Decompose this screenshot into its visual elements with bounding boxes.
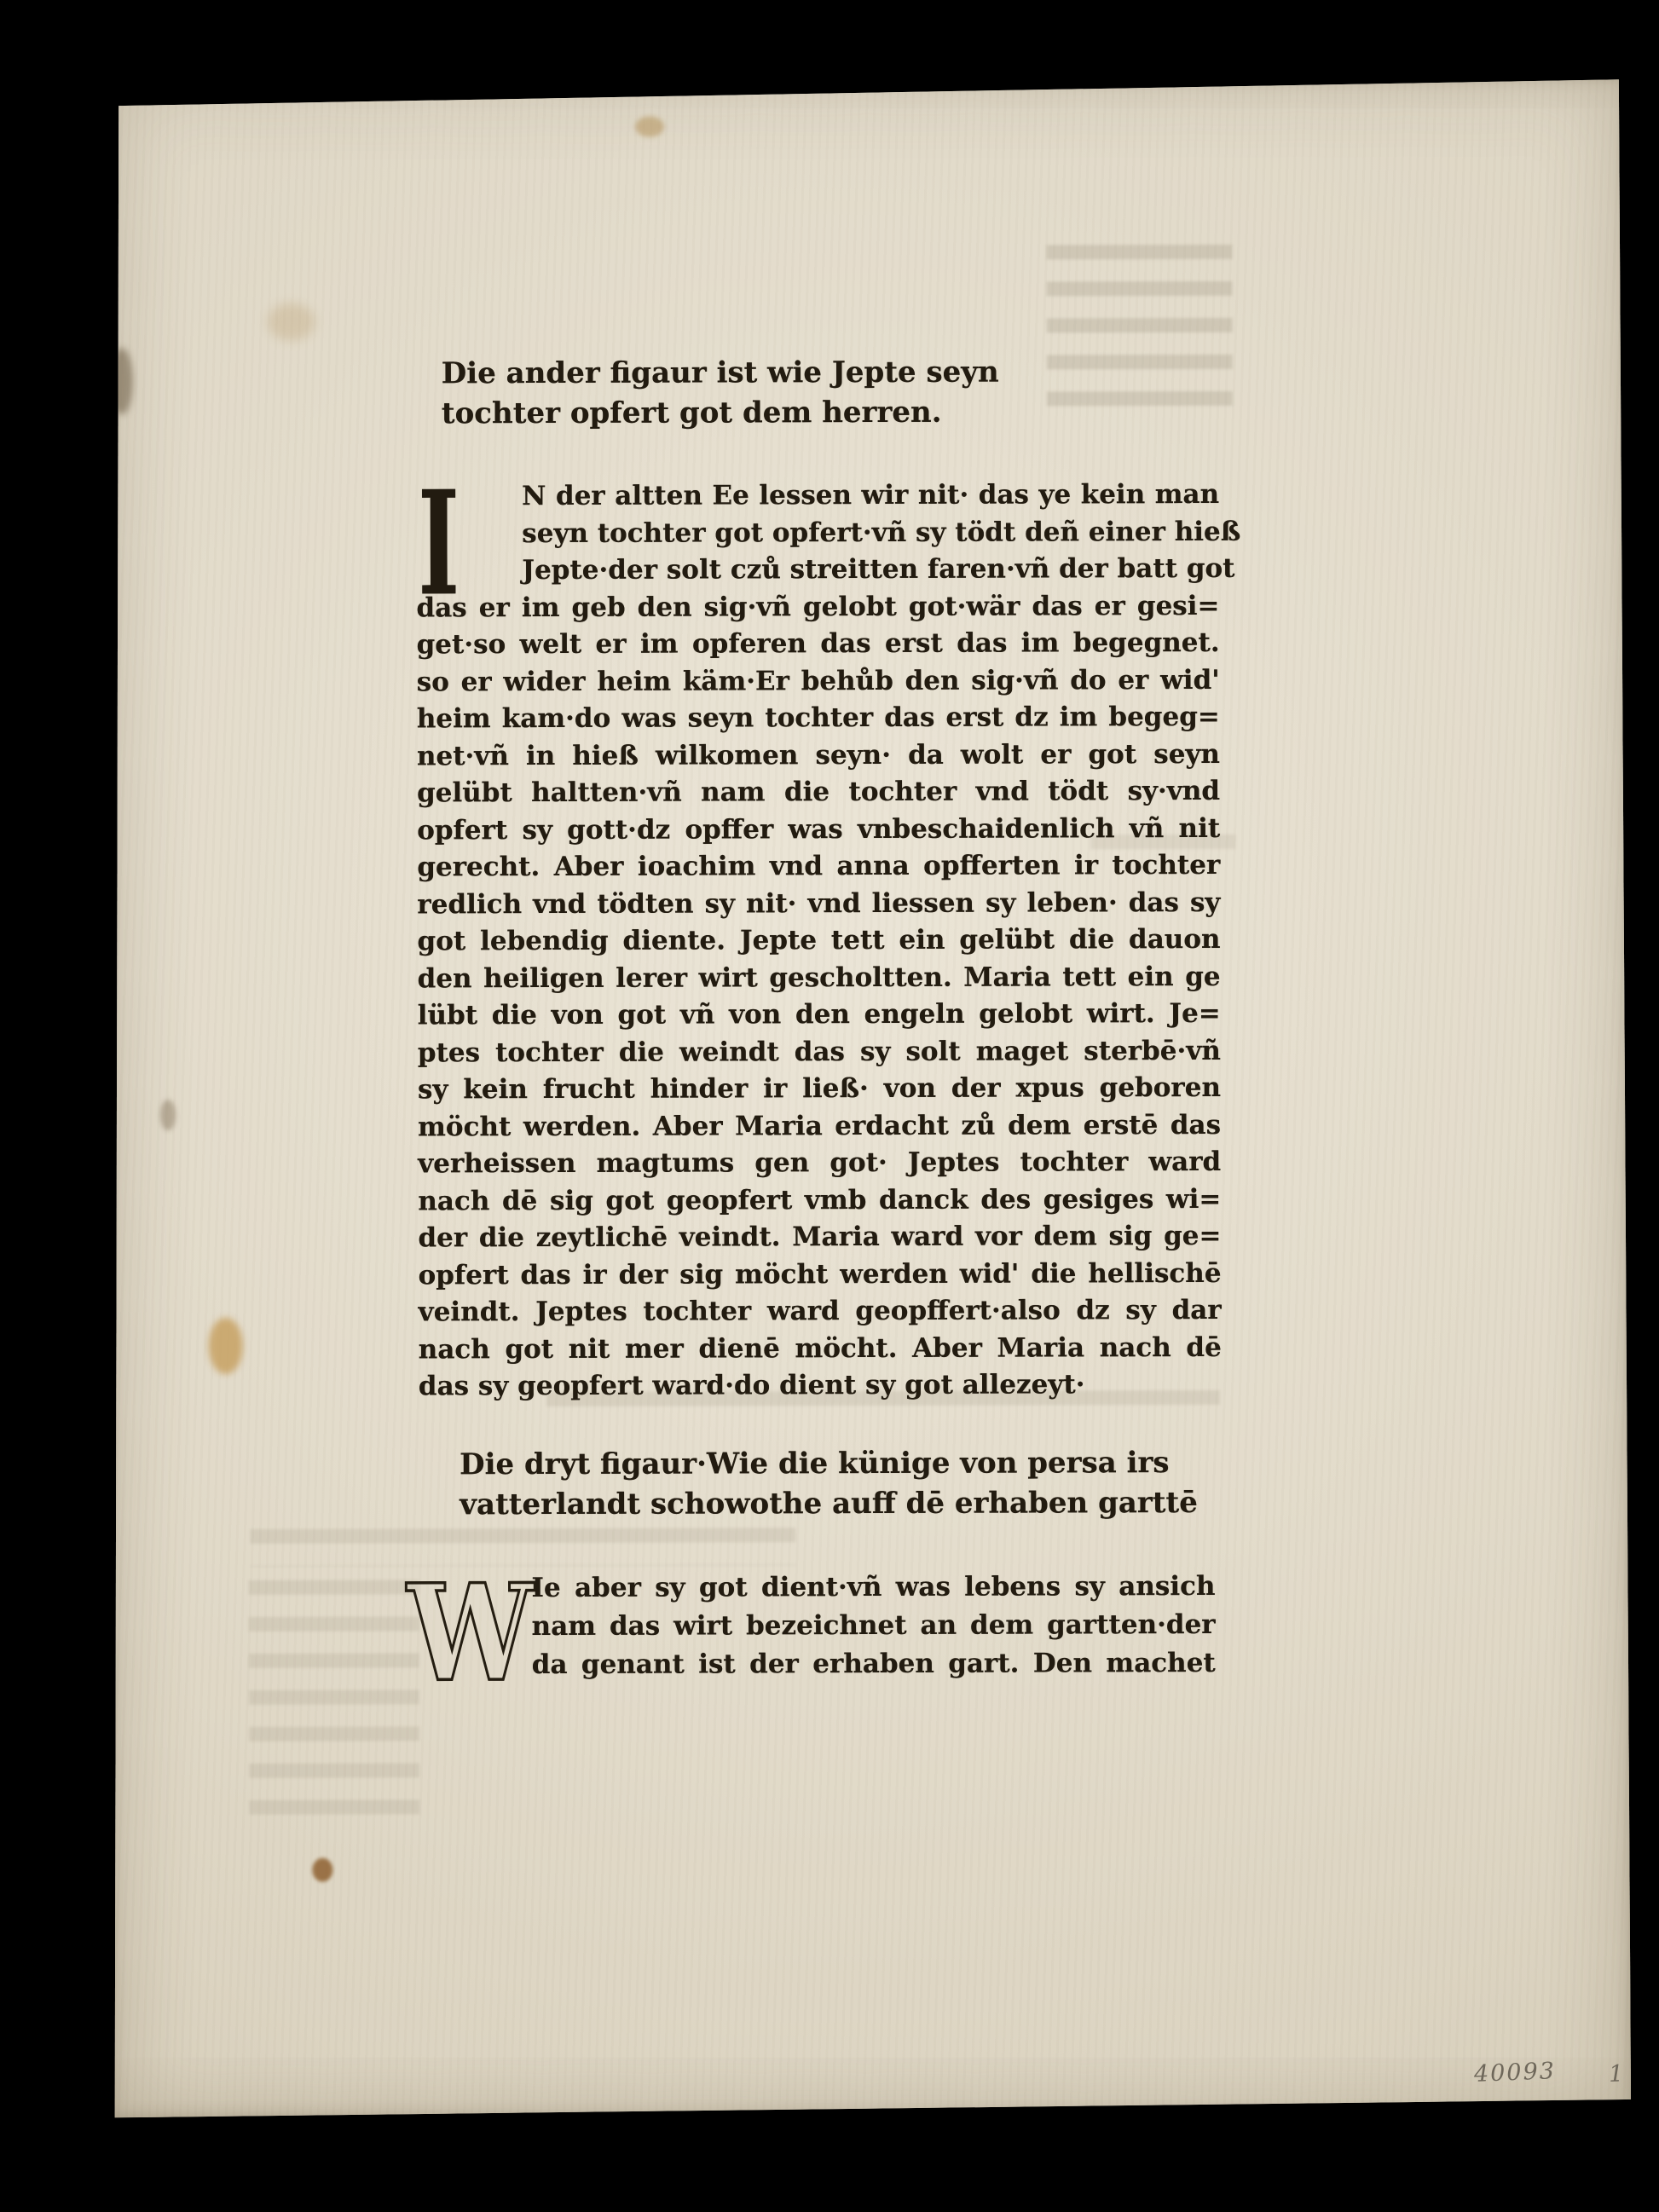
caption-line: Die dryt figaur·Wie die künige von persa…: [460, 1443, 1198, 1485]
stain: [635, 117, 664, 137]
text-line: net·vñ in hieß wilkomen seyn· da wolt er…: [417, 736, 1220, 775]
text-line: heim kam·do was seyn tochter das erst dz…: [417, 699, 1220, 738]
caption-line: tochter opfert got dem herren.: [442, 393, 999, 435]
show-through-text: [1046, 245, 1233, 420]
inventory-number: 40093: [1473, 2058, 1556, 2088]
text-line: seyn tochter got opfert·vñ sy tödt deñ e…: [416, 513, 1219, 552]
text-line: veindt. Jeptes tochter ward geopffert·al…: [419, 1292, 1222, 1331]
stain: [160, 1100, 176, 1130]
text-line: redlich vnd tödten sy nit· vnd liessen s…: [417, 884, 1220, 923]
text-line: den heiligen lerer wirt gescholtten. Mar…: [418, 958, 1221, 997]
figure3-caption: Die dryt figaur·Wie die künige von persa…: [460, 1443, 1198, 1525]
text-line: so er wider heim käm·Er behůb den sig·vñ…: [417, 661, 1220, 701]
text-line: got lebendig diente. Jepte tett ein gelü…: [417, 921, 1220, 961]
text-line: gelübt haltten·vñ nam die tochter vnd tö…: [417, 773, 1220, 812]
decorated-initial-W: W: [407, 1568, 534, 1701]
page-number: 1: [1608, 2060, 1625, 2088]
paragraph-jepte: I N der altten Ee lessen wir nit· das ye…: [416, 476, 1222, 1406]
show-through-text: [248, 1580, 419, 1836]
text-line: get·so welt er im opferen das erst das i…: [417, 625, 1220, 664]
text-line: gerecht. Aber ioachim vnd anna opfferten…: [417, 847, 1220, 887]
stain: [111, 348, 133, 414]
text-line: ptes tochter die weindt das sy solt mage…: [418, 1032, 1221, 1071]
text-line: möcht werden. Aber Maria erdacht zů dem …: [418, 1106, 1221, 1146]
stain: [268, 303, 315, 341]
figure2-caption: Die ander figaur ist wie Jepte seyn toch…: [442, 353, 999, 435]
text-line: N der altten Ee lessen wir nit· das ye k…: [416, 476, 1219, 516]
text-line: lübt die von got vñ von den engeln gelob…: [418, 996, 1221, 1035]
caption-line: Die ander figaur ist wie Jepte seyn: [442, 353, 999, 395]
text-line: das sy geopfert ward·do dient sy got all…: [419, 1366, 1222, 1406]
text-line: nach dē sig got geopfert vmb danck des g…: [418, 1181, 1221, 1220]
paragraph-garden: W Ie aber sy got dient·vñ was lebens sy …: [412, 1568, 1215, 1684]
stain: [312, 1858, 332, 1882]
text-line: verheissen magtums gen got· Jeptes tocht…: [418, 1144, 1221, 1183]
text-line: opfert das ir der sig möcht werden wid' …: [418, 1255, 1221, 1294]
text-line: Jepte·der solt czů streitten faren·vñ de…: [416, 551, 1219, 590]
text-line: sy kein frucht hinder ir ließ· von der x…: [418, 1070, 1221, 1109]
text-line: das er im geb den sig·vñ gelobt got·wär …: [416, 587, 1219, 627]
text-line: der die zeytlichē veindt. Maria ward vor…: [418, 1218, 1221, 1257]
text-line: opfert sy gott·dz opffer was vnbeschaide…: [417, 810, 1220, 849]
decorated-initial-I: I: [418, 471, 458, 615]
caption-line: vatterlandt schowothe auff dē erhaben ga…: [460, 1483, 1198, 1525]
text-line: nach got nit mer dienē möcht. Aber Maria…: [419, 1329, 1222, 1368]
manuscript-page: Die ander figaur ist wie Jepte seyn toch…: [107, 77, 1631, 2118]
stain: [209, 1318, 243, 1374]
